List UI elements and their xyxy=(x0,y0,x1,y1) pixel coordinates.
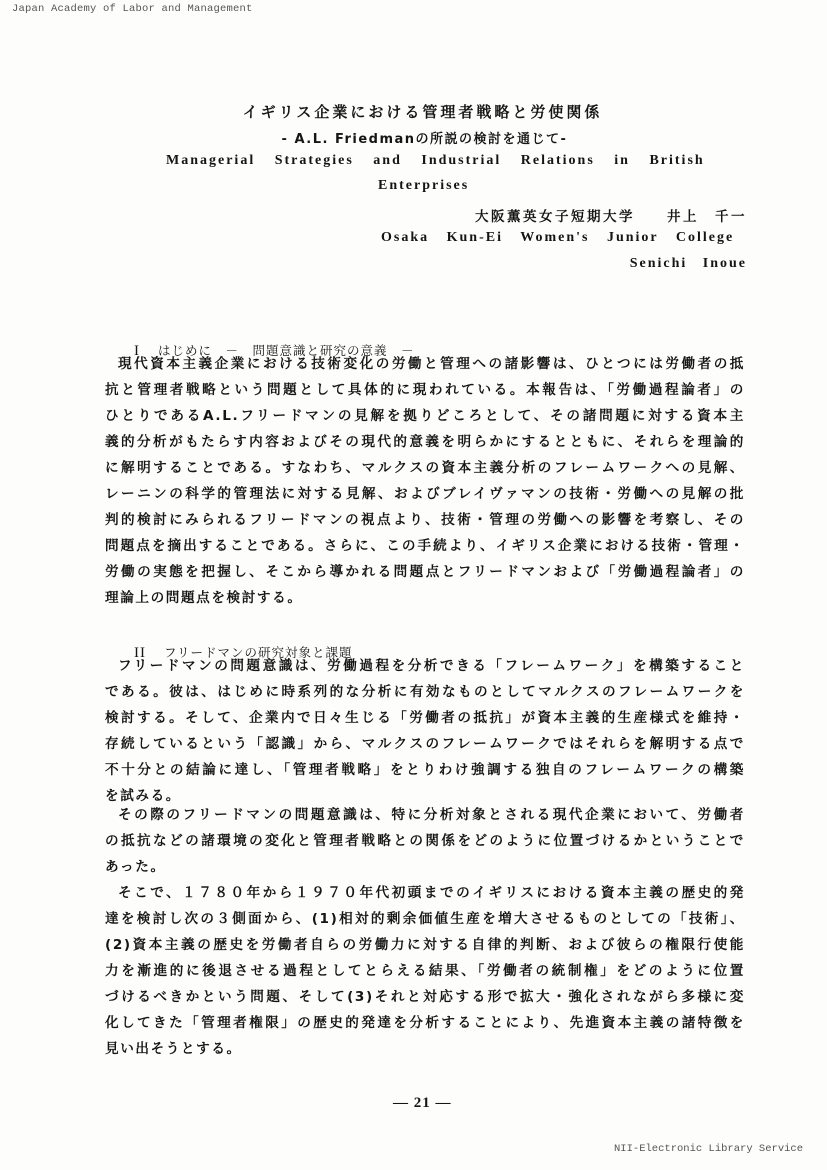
paper-title-japanese: イギリス企業における管理者戦略と労使関係 xyxy=(0,101,827,122)
body-line: 理論上の問題点を検討する。 xyxy=(105,586,303,606)
body-line: 見い出そうとする。 xyxy=(105,1037,242,1057)
body-line: 抗と管理者戦略という問題として具体的に現われている。本報告は、「労働過程論者」の xyxy=(105,378,745,398)
body-line: 力を漸進的に後退させる過程としてとらえる結果、「労働者の統制権」をどのように位置 xyxy=(105,959,745,979)
body-line: づけるべきかという問題、そして(3)それと対応する形で拡大・強化されながら多様に… xyxy=(105,985,745,1005)
body-line: 不十分との結論に達し、「管理者戦略」をとりわけ強調する独自のフレームワークの構築 xyxy=(105,758,745,778)
affiliation-japanese: 大阪薫英女子短期大学 井上 千一 xyxy=(475,205,747,225)
footer-service: NII-Electronic Library Service xyxy=(614,1143,803,1155)
paper-subtitle: - A.L. Friedmanの所説の検討を通じて- xyxy=(0,128,827,147)
body-line: 義的分析がもたらす内容およびその現代的意義を明らかにするとともに、それらを理論的 xyxy=(105,430,745,450)
page-number: — 21 — xyxy=(393,1095,452,1112)
body-line: 存続しているという「認識」から、マルクスのフレームワークではそれらを解明する点で xyxy=(105,732,745,752)
body-line: 問題点を摘出することである。さらに、この手続より、イギリス企業における技術・管理… xyxy=(105,534,745,554)
body-line: 検討する。そして、企業内で日々生じる「労働者の抵抗」が資本主義的生産様式を維持・ xyxy=(105,706,745,726)
author-english: Senichi Inoue xyxy=(630,256,747,272)
body-line: そこで、１７８０年から１９７０年代初頭までのイギリスにおける資本主義の歴史的発 xyxy=(118,881,745,901)
body-line: レーニンの科学的管理法に対する見解、およびブレイヴァマンの技術・労働への見解の批 xyxy=(105,482,745,502)
body-line: 化してきた「管理者権限」の歴史的発達を分析することにより、先進資本主義の諸特徴を xyxy=(105,1011,745,1031)
body-line: 労働の実態を把握し、そこから導かれる問題点とフリードマンおよび「労働過程論者」の xyxy=(105,560,745,580)
body-line: を試みる。 xyxy=(105,784,181,804)
paper-title-english-cont: Enterprises xyxy=(378,178,469,194)
body-line: の抵抗などの諸環境の変化と管理者戦略との関係をどのように位置づけるかということで xyxy=(105,829,745,849)
header-organization: Japan Academy of Labor and Management xyxy=(12,3,253,15)
body-line: ひとりであるA.L.フリードマンの見解を拠りどころとして、その諸問題に対する資本… xyxy=(105,404,745,424)
paper-title-english: Managerial Strategies and Industrial Rel… xyxy=(166,153,705,169)
body-line: フリードマンの問題意識は、労働過程を分析できる「フレームワーク」を構築すること xyxy=(118,654,745,674)
body-line: に解明することである。すなわち、マルクスの資本主義分析のフレームワークへの見解、 xyxy=(105,456,745,476)
body-line: 現代資本主義企業における技術変化の労働と管理への諸影響は、ひとつには労働者の抵 xyxy=(118,352,745,372)
body-line: その際のフリードマンの問題意識は、特に分析対象とされる現代企業において、労働者 xyxy=(118,803,745,823)
body-line: 達を検討し次の３側面から、(1)相対的剰余価値生産を増大させるものとしての「技術… xyxy=(105,907,745,927)
body-line: あった。 xyxy=(105,855,166,875)
body-line: 判的検討にみられるフリードマンの視点より、技術・管理の労働への影響を考察し、その xyxy=(105,508,745,528)
body-line: (2)資本主義の歴史を労働者自らの労働力に対する自律的判断、および彼らの権限行使… xyxy=(105,933,745,953)
affiliation-english: Osaka Kun-Ei Women's Junior College xyxy=(381,230,734,246)
body-line: である。彼は、はじめに時系列的な分析に有効なものとしてマルクスのフレームワークを xyxy=(105,680,745,700)
